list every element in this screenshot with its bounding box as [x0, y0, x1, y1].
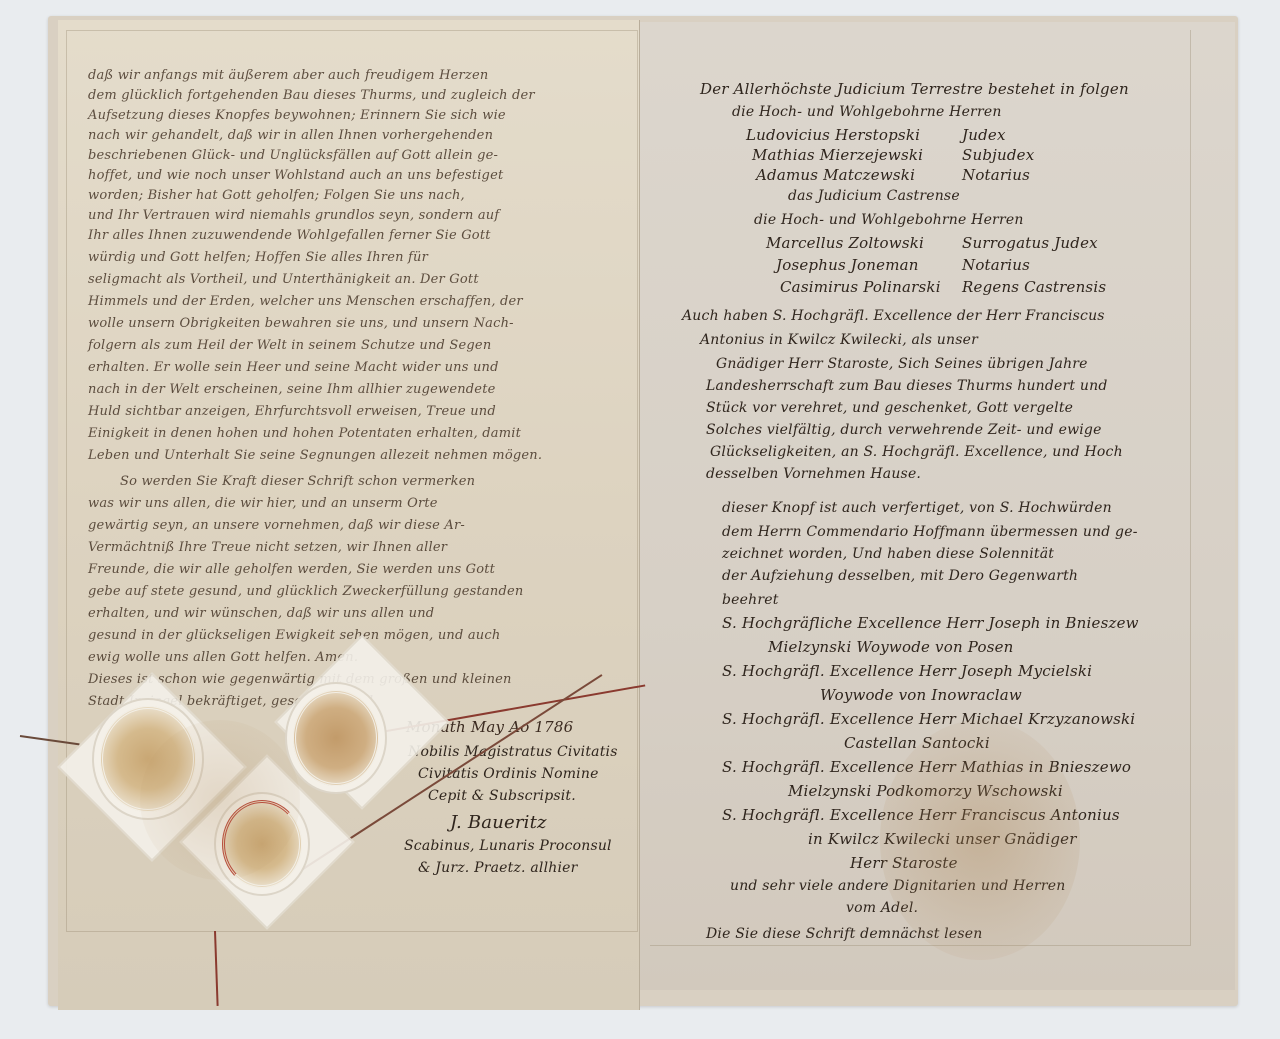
left-line: was wir uns allen, die wir hier, und an …	[88, 496, 438, 511]
left-line: seligmacht als Vortheil, und Unterthänig…	[88, 272, 479, 287]
dignitary-line: Mielzynski Woywode von Posen	[768, 638, 1014, 656]
paragraph-line: zeichnet worden, Und haben diese Solenni…	[722, 546, 1054, 562]
attestation-line: Cepit & Subscripsit.	[428, 788, 576, 804]
left-line: Einigkeit in denen hohen und hohen Poten…	[88, 426, 521, 441]
left-line: Leben und Unterhalt Sie seine Segnungen …	[88, 448, 542, 463]
paragraph-line: der Aufziehung desselben, mit Dero Gegen…	[722, 568, 1078, 584]
intro-line: die Hoch- und Wohlgebohrne Herren	[754, 212, 1024, 228]
paragraph-line: Landesherrschaft zum Bau dieses Thurms h…	[706, 378, 1108, 394]
left-line: nach in der Welt erscheinen, seine Ihm a…	[88, 382, 496, 397]
official-title: Subjudex	[962, 146, 1034, 164]
heading: Der Allerhöchste Judicium Terrestre best…	[700, 80, 1129, 98]
left-line: und Ihr Vertrauen wird niemahls grundlos…	[88, 208, 499, 223]
left-line: Freunde, die wir alle geholfen werden, S…	[88, 562, 495, 577]
dignitary-line: S. Hochgräfl. Excellence Herr Joseph Myc…	[722, 662, 1092, 680]
paragraph-line: Antonius in Kwilcz Kwilecki, als unser	[700, 332, 978, 348]
dignitary-line: S. Hochgräfliche Excellence Herr Joseph …	[722, 614, 1139, 632]
paragraph-line: Stück vor verehret, und geschenket, Gott…	[706, 400, 1073, 416]
left-line: hoffet, und wie noch unser Wohlstand auc…	[88, 168, 503, 183]
dignitary-line: Woywode von Inowraclaw	[820, 686, 1022, 704]
left-line: erhalten, und wir wünschen, daß wir uns …	[88, 606, 434, 621]
attestation-line: Nobilis Magistratus Civitatis	[408, 744, 618, 760]
official-title: Notarius	[962, 256, 1030, 274]
left-line: erhalten. Er wolle sein Heer und seine M…	[88, 360, 499, 375]
dignitary-line: S. Hochgräfl. Excellence Herr Michael Kr…	[722, 710, 1135, 728]
official-name: Mathias Mierzejewski	[752, 146, 923, 164]
official-name: Josephus Joneman	[776, 256, 919, 274]
wax-seal-upper-right	[293, 690, 379, 786]
left-line: Huld sichtbar anzeigen, Ehrfurchtsvoll e…	[88, 404, 496, 419]
left-line: So werden Sie Kraft dieser Schrift schon…	[120, 474, 475, 489]
left-line: gesund in der glückseligen Ewigkeit sehe…	[88, 628, 500, 643]
official-title: Regens Castrensis	[962, 278, 1106, 296]
intro-line: das Judicium Castrense	[788, 188, 960, 204]
official-title: Judex	[962, 126, 1006, 144]
signature: J. Baueritz	[450, 812, 547, 833]
left-line: dem glücklich fortgehenden Bau dieses Th…	[88, 88, 535, 103]
intro-line: die Hoch- und Wohlgebohrne Herren	[732, 104, 1002, 120]
paragraph-line: beehret	[722, 592, 779, 608]
left-line: ewig wolle uns allen Gott helfen. Amen.	[88, 650, 358, 665]
paragraph-line: dem Herrn Commendario Hoffmann übermesse…	[722, 524, 1138, 540]
left-line: würdig und Gott helfen; Hoffen Sie alles…	[88, 250, 428, 265]
left-line: Himmels und der Erden, welcher uns Mensc…	[88, 294, 523, 309]
paragraph-line: Auch haben S. Hochgräfl. Excellence der …	[682, 308, 1105, 324]
attestation-line: & Jurz. Praetz. allhier	[418, 860, 578, 876]
left-line: gebe auf stete gesund, und glücklich Zwe…	[88, 584, 523, 599]
left-line: wolle unsern Obrigkeiten bewahren sie un…	[88, 316, 514, 331]
paragraph-line: Glückseligkeiten, an S. Hochgräfl. Excel…	[710, 444, 1123, 460]
left-line: daß wir anfangs mit äußerem aber auch fr…	[88, 68, 488, 83]
attestation-line: Scabinus, Lunaris Proconsul	[404, 838, 612, 854]
left-line: Aufsetzung dieses Knopfes beywohnen; Eri…	[88, 108, 506, 123]
left-line: beschriebenen Glück- und Unglücksfällen …	[88, 148, 498, 163]
official-name: Casimirus Polinarski	[780, 278, 941, 296]
water-stain	[880, 720, 1080, 960]
left-line: gewärtig seyn, an unsere vornehmen, daß …	[88, 518, 465, 533]
paragraph-line: desselben Vornehmen Hause.	[706, 466, 921, 482]
paragraph-line: Solches vielfältig, durch verwehrende Ze…	[706, 422, 1102, 438]
left-line: nach wir gehandelt, daß wir in allen Ihn…	[88, 128, 493, 143]
paragraph-line: dieser Knopf ist auch verfertiget, von S…	[722, 500, 1112, 516]
official-name: Ludovicius Herstopski	[746, 126, 920, 144]
left-line: Ihr alles Ihnen zuzuwendende Wohlgefalle…	[88, 228, 491, 243]
left-line: Vermächtniß Ihre Treue nicht setzen, wir…	[88, 540, 447, 555]
left-line: folgern als zum Heil der Welt in seinem …	[88, 338, 491, 353]
left-line: worden; Bisher hat Gott geholfen; Folgen…	[88, 188, 465, 203]
water-stain	[140, 720, 300, 880]
official-name: Marcellus Zoltowski	[766, 234, 924, 252]
official-title: Notarius	[962, 166, 1030, 184]
paragraph-line: Gnädiger Herr Staroste, Sich Seines übri…	[716, 356, 1088, 372]
official-name: Adamus Matczewski	[756, 166, 915, 184]
official-title: Surrogatus Judex	[962, 234, 1098, 252]
